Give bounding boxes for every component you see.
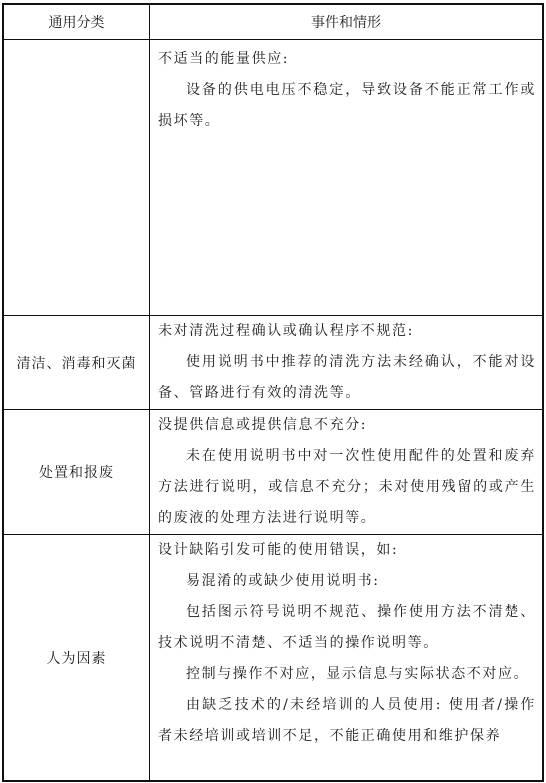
table-row: 处置和报废 没提供信息或提供信息不充分: 未在使用说明书中对一次性使用配件的处置… <box>4 410 542 535</box>
table-header-row: 通用分类 事件和情形 <box>4 5 542 40</box>
event-detail: 设备的供电电压不稳定，导致设备不能正常工作或损坏等。 <box>158 75 536 137</box>
row-events: 不适当的能量供应: 设备的供电电压不稳定，导致设备不能正常工作或损坏等。 <box>150 40 542 315</box>
event-heading: 没提供信息或提供信息不充分: <box>158 410 536 441</box>
row-category <box>4 40 150 315</box>
event-detail: 未在使用说明书中对一次性使用配件的处置和废弃方法进行说明，或信息不充分；未对使用… <box>158 441 536 534</box>
table-row: 人为因素 设计缺陷引发可能的使用错误，如: 易混淆的或缺少使用说明书: 包括图示… <box>4 535 542 780</box>
event-detail: 由缺乏技术的/未经培训的人员使用: 使用者/操作者未经培训或培训不足，不能正确使… <box>158 690 536 752</box>
event-detail: 使用说明书中推荐的清洗方法未经确认，不能对设备、管路进行有效的清洗等。 <box>158 347 536 409</box>
event-detail: 包括图示符号说明不规范、操作使用方法不清楚、技术说明不清楚、不适当的操作说明等。 <box>158 597 536 659</box>
header-category: 通用分类 <box>4 5 150 39</box>
row-events: 未对清洗过程确认或确认程序不规范: 使用说明书中推荐的清洗方法未经确认，不能对设… <box>150 316 542 409</box>
row-category: 人为因素 <box>4 535 150 780</box>
header-events: 事件和情形 <box>150 5 542 39</box>
table-row: 不适当的能量供应: 设备的供电电压不稳定，导致设备不能正常工作或损坏等。 <box>4 40 542 316</box>
event-detail: 控制与操作不对应，显示信息与实际状态不对应。 <box>158 659 536 690</box>
row-category: 处置和报废 <box>4 410 150 534</box>
event-heading: 设计缺陷引发可能的使用错误，如: <box>158 535 536 566</box>
event-heading: 未对清洗过程确认或确认程序不规范: <box>158 316 536 347</box>
table-row: 清洁、消毒和灭菌 未对清洗过程确认或确认程序不规范: 使用说明书中推荐的清洗方法… <box>4 316 542 410</box>
row-events: 没提供信息或提供信息不充分: 未在使用说明书中对一次性使用配件的处置和废弃方法进… <box>150 410 542 534</box>
event-subheading: 易混淆的或缺少使用说明书: <box>158 566 536 597</box>
hazard-table: 通用分类 事件和情形 不适当的能量供应: 设备的供电电压不稳定，导致设备不能正常… <box>2 3 544 782</box>
event-heading: 不适当的能量供应: <box>158 44 536 75</box>
row-events: 设计缺陷引发可能的使用错误，如: 易混淆的或缺少使用说明书: 包括图示符号说明不… <box>150 535 542 780</box>
row-category: 清洁、消毒和灭菌 <box>4 316 150 409</box>
